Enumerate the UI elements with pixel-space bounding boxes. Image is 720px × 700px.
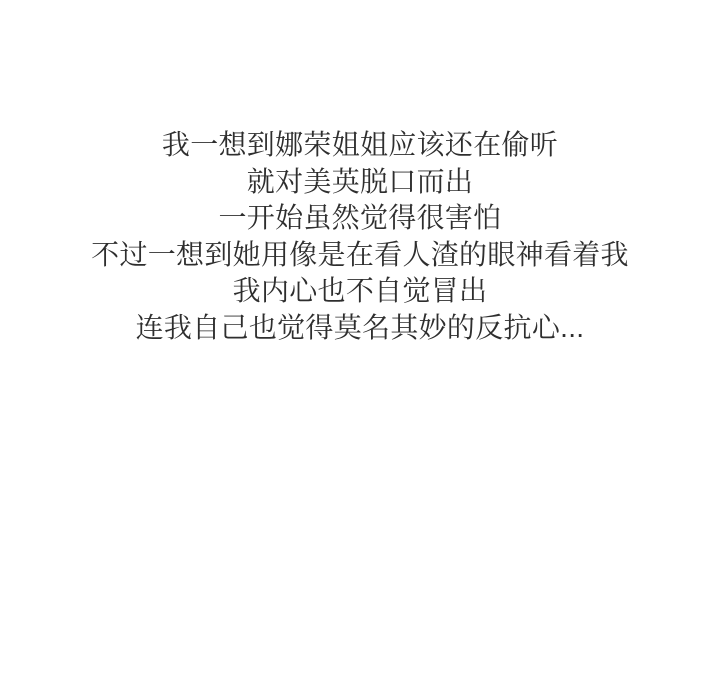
narration-line: 我内心也不自觉冒出	[0, 273, 720, 310]
narration-line: 一开始虽然觉得很害怕	[0, 200, 720, 237]
narration-line: 我一想到娜荣姐姐应该还在偷听	[0, 127, 720, 164]
narration-block: 我一想到娜荣姐姐应该还在偷听 就对美英脱口而出 一开始虽然觉得很害怕 不过一想到…	[0, 127, 720, 346]
comic-page: 我一想到娜荣姐姐应该还在偷听 就对美英脱口而出 一开始虽然觉得很害怕 不过一想到…	[0, 0, 720, 700]
narration-line: 连我自己也觉得莫名其妙的反抗心...	[0, 310, 720, 347]
narration-line: 就对美英脱口而出	[0, 164, 720, 201]
narration-line: 不过一想到她用像是在看人渣的眼神看着我	[0, 237, 720, 274]
